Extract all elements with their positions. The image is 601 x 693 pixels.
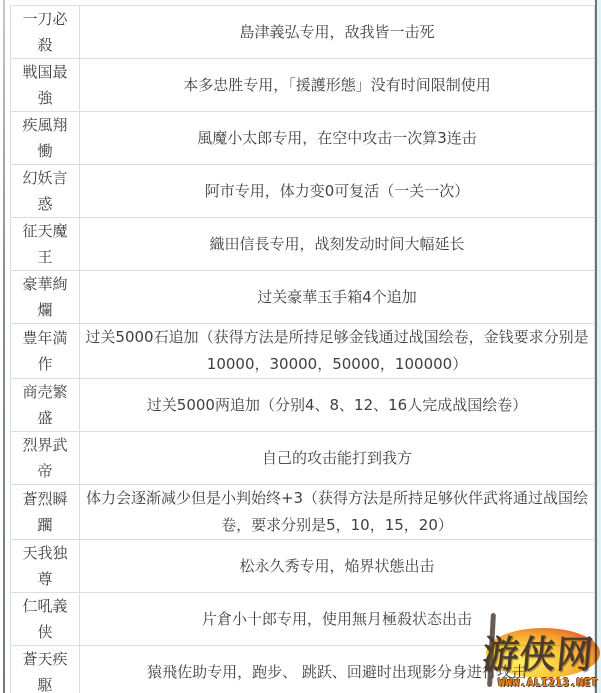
skill-desc-cell: 自己的攻击能打到我方 [80, 432, 595, 485]
table-row: 豊年満作 过关5000石追加（获得方法是所持足够金钱通过战国绘卷，金钱要求分别是… [11, 324, 595, 379]
table-row: 仁吼義侠 片倉小十郎专用，使用無月極殺状态出击 [11, 593, 595, 646]
table-row: 豪華絢爛 过关豪華玉手箱4个追加 [11, 271, 595, 324]
skill-desc-cell: 風魔小太郎专用，在空中攻击一次算3连击 [80, 112, 595, 165]
skill-name-cell: 戦国最強 [11, 59, 80, 112]
table-row: 一刀必殺 島津義弘专用，敌我皆一击死 [11, 6, 595, 59]
table-row: 疾風翔慟 風魔小太郎专用，在空中攻击一次算3连击 [11, 112, 595, 165]
skill-table-body: 一刀必殺 島津義弘专用，敌我皆一击死 戦国最強 本多忠胜专用，「援護形態」没有时… [11, 6, 595, 693]
skill-name-cell: 一刀必殺 [11, 6, 80, 59]
skill-desc-cell: 片倉小十郎专用，使用無月極殺状态出击 [80, 593, 595, 646]
skill-desc-cell: 体力会逐渐减少但是小判始终+3（获得方法是所持足够伙伴武将通过战国绘卷，要求分别… [80, 485, 595, 540]
skill-name-cell: 商売繁盛 [11, 379, 80, 432]
skill-desc-cell: 本多忠胜专用，「援護形態」没有时间限制使用 [80, 59, 595, 112]
table-row: 天我独尊 松永久秀专用，焔界状態出击 [11, 540, 595, 593]
left-edge-divider [3, 0, 5, 693]
skill-name-cell: 蒼天疾駆 [11, 646, 80, 693]
skill-name-cell: 豪華絢爛 [11, 271, 80, 324]
skill-desc-cell: 松永久秀专用，焔界状態出击 [80, 540, 595, 593]
skill-name-cell: 烈界武帝 [11, 432, 80, 485]
skill-name-cell: 蒼烈瞬躙 [11, 485, 80, 540]
skill-desc-cell: 阿市专用，体力变0可复活（一关一次） [80, 165, 595, 218]
skill-desc-cell: 过关豪華玉手箱4个追加 [80, 271, 595, 324]
right-background-strip [597, 0, 601, 693]
right-edge-divider [595, 0, 597, 693]
skill-name-cell: 疾風翔慟 [11, 112, 80, 165]
table-row: 幻妖言惑 阿市专用，体力变0可复活（一关一次） [11, 165, 595, 218]
table-row: 征天魔王 織田信長专用，战刻发动时间大幅延长 [11, 218, 595, 271]
skill-desc-cell: 过关5000石追加（获得方法是所持足够金钱通过战国绘卷，金钱要求分别是10000… [80, 324, 595, 379]
skill-name-cell: 豊年満作 [11, 324, 80, 379]
skill-name-cell: 仁吼義侠 [11, 593, 80, 646]
table-row: 戦国最強 本多忠胜专用，「援護形態」没有时间限制使用 [11, 59, 595, 112]
skill-name-cell: 幻妖言惑 [11, 165, 80, 218]
skill-desc-cell: 过关5000两追加（分别4、8、12、16人完成战国绘卷） [80, 379, 595, 432]
skill-name-cell: 天我独尊 [11, 540, 80, 593]
skill-desc-cell: 織田信長专用，战刻发动时间大幅延长 [80, 218, 595, 271]
skill-desc-cell: 島津義弘专用，敌我皆一击死 [80, 6, 595, 59]
table-row: 蒼天疾駆 猿飛佐助专用，跑步、 跳跃、回避时出现影分身进行攻击 [11, 646, 595, 693]
page: 一刀必殺 島津義弘专用，敌我皆一击死 戦国最強 本多忠胜专用，「援護形態」没有时… [0, 0, 601, 693]
table-row: 蒼烈瞬躙 体力会逐渐减少但是小判始终+3（获得方法是所持足够伙伴武将通过战国绘卷… [11, 485, 595, 540]
skill-name-cell: 征天魔王 [11, 218, 80, 271]
table-row: 商売繁盛 过关5000两追加（分别4、8、12、16人完成战国绘卷） [11, 379, 595, 432]
table-row: 烈界武帝 自己的攻击能打到我方 [11, 432, 595, 485]
skill-table: 一刀必殺 島津義弘专用，敌我皆一击死 戦国最強 本多忠胜专用，「援護形態」没有时… [10, 5, 595, 693]
skill-desc-cell: 猿飛佐助专用，跑步、 跳跃、回避时出现影分身进行攻击 [80, 646, 595, 693]
